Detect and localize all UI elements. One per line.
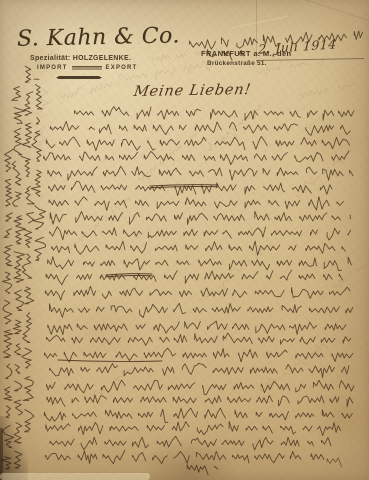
ghost-bleedthrough-mark xyxy=(318,259,368,303)
handwritten-line xyxy=(47,380,354,395)
letter-paper: S. Kahn & Co. Spezialität: HOLZGELENKE. … xyxy=(0,0,369,480)
strikethrough-mark xyxy=(106,274,152,277)
handwritten-line xyxy=(46,421,341,435)
ghost-bleedthrough-mark xyxy=(197,241,275,305)
small-ink-mark xyxy=(327,458,342,467)
handwritten-line xyxy=(52,241,346,255)
handwritten-line xyxy=(75,107,355,121)
handwritten-line xyxy=(48,321,346,335)
handwritten-line xyxy=(50,121,350,135)
handwritten-line xyxy=(49,197,343,211)
margin-vertical-line xyxy=(21,66,34,432)
handwritten-line xyxy=(44,151,349,165)
ghost-bleedthrough-mark xyxy=(34,88,52,147)
ghost-bleedthrough-mark xyxy=(256,54,325,76)
ghost-bleedthrough-mark xyxy=(293,145,354,201)
ghost-bleedthrough-mark xyxy=(152,45,232,63)
page-edge-highlight xyxy=(0,473,150,480)
paper-crease xyxy=(256,0,257,58)
handwritten-line xyxy=(48,257,352,271)
handwriting-layer xyxy=(0,0,369,480)
handwritten-line xyxy=(49,181,332,196)
handwritten-line xyxy=(45,286,350,300)
handwritten-line xyxy=(46,270,342,285)
header-scrawl xyxy=(207,50,243,60)
handwritten-final-word xyxy=(187,465,218,475)
header-scrawl xyxy=(190,31,363,49)
ghost-bleedthrough-mark xyxy=(59,77,120,102)
ghost-bleedthrough-mark xyxy=(119,58,212,87)
handwritten-line xyxy=(45,450,324,464)
corner-shadow xyxy=(0,416,28,480)
handwritten-line xyxy=(46,136,350,150)
ghost-bleedthrough-mark xyxy=(299,82,357,98)
handwritten-line xyxy=(44,408,352,423)
handwritten-line xyxy=(47,395,353,407)
handwritten-line xyxy=(50,363,349,377)
handwritten-line xyxy=(50,303,353,317)
handwritten-line xyxy=(50,436,331,450)
handwritten-line xyxy=(47,333,351,345)
handwritten-line xyxy=(45,348,353,362)
handwritten-line xyxy=(48,166,353,180)
underline-mark xyxy=(58,360,162,362)
handwritten-line xyxy=(50,211,350,224)
